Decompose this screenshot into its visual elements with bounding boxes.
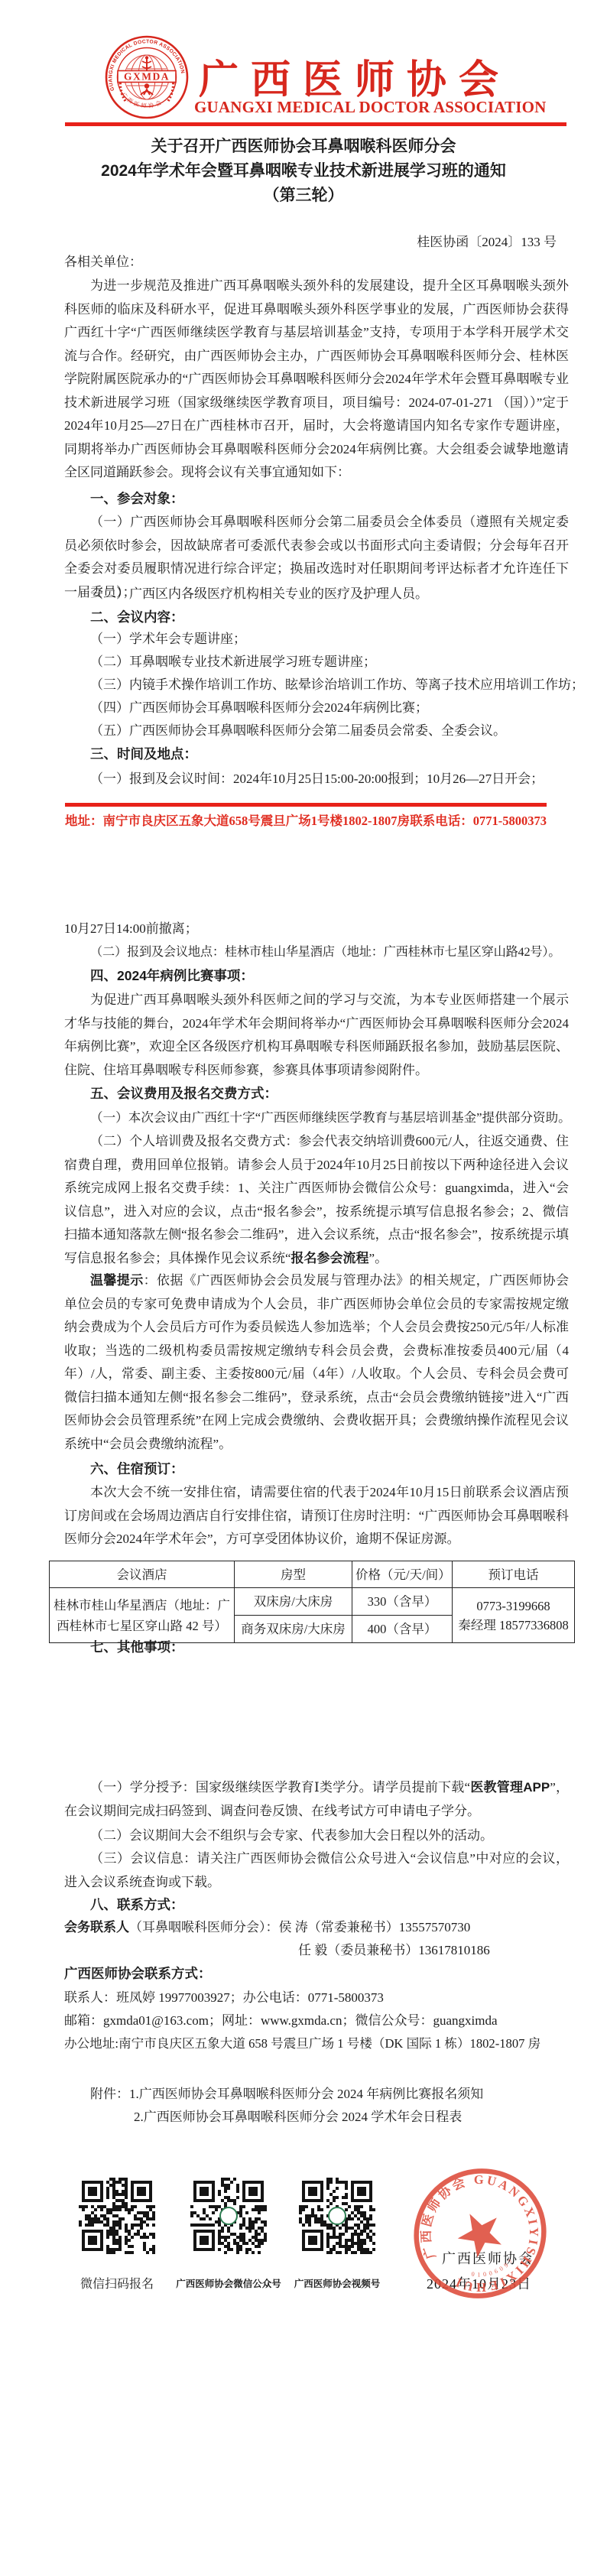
price-cell-1: 330（含早） bbox=[352, 1588, 453, 1616]
section5-item1: （一）本次会议由广西红十字“广西医师继续医学教育与基层培训基金”提供部分资助。 bbox=[90, 1106, 571, 1130]
association-contact-person: 联系人：班凤婷 19977003927；办公电话：0771-5800373 bbox=[64, 1986, 384, 2010]
section5-item2-text: （二）个人培训费及报名交费方式：参会代表交纳培训费600元/人，往返交通费、住宿… bbox=[64, 1134, 569, 1265]
section3-heading: 三、时间及地点： bbox=[90, 742, 197, 766]
other-item1-text: （一）学分授予：国家级继续医学教育Ⅰ类学分。请学员提前下载“ bbox=[90, 1780, 470, 1795]
other-item1: （一）学分授予：国家级继续医学教育Ⅰ类学分。请学员提前下载“医教管理APP”，在… bbox=[64, 1776, 569, 1823]
attachment-line1: 附件：1.广西医师协会耳鼻咽喉科医师分会 2024 年病例比赛报名须知 bbox=[90, 2083, 483, 2107]
room-type-cell-1: 双床房/大床房 bbox=[235, 1588, 352, 1616]
tip-paragraph: 温馨提示：依据《广西医师协会会员发展与管理办法》的相关规定，广西医师协会单位会员… bbox=[64, 1269, 569, 1456]
section5-item2-tail: ”。 bbox=[369, 1251, 388, 1265]
official-red-seal: 广西医师协会 GUANGXIYISHIXIEHUI 01006097 bbox=[407, 2161, 553, 2306]
salutation: 各相关单位： bbox=[64, 251, 142, 274]
qr-label-signup: 微信扫码报名 bbox=[66, 2274, 168, 2292]
qr-center-emblem-icon bbox=[219, 2207, 238, 2225]
section6-paragraph: 本次大会不统一安排住宿，请需要住宿的代表于2024年10月15日前联系会议酒店预… bbox=[64, 1481, 569, 1551]
section2-item2: （二）耳鼻咽喉专业技术新进展学习班专题讲座； bbox=[90, 651, 376, 674]
col-header-phone: 预订电话 bbox=[453, 1561, 575, 1588]
page-2: 10月27日14:00前撤离； （二）报到及会议地点：桂林市桂山华星酒店（地址：… bbox=[0, 859, 607, 1717]
page-3: （一）学分授予：国家级继续医学教育Ⅰ类学分。请学员提前下载“医教管理APP”，在… bbox=[0, 1717, 607, 2576]
association-contact-heading: 广西医师协会联系方式： bbox=[64, 1962, 212, 1986]
intro-paragraph: 为进一步规范及推进广西耳鼻咽喉头颈外科的发展建设，提升全区耳鼻咽喉头颈外科医师的… bbox=[64, 274, 569, 485]
association-email-web: 邮箱：gxmda01@163.com；网址：www.gxmda.cn；微信公众号… bbox=[64, 2009, 498, 2033]
section3-item1: （一）报到及会议时间：2024年10月25日15:00-20:00报到；10月2… bbox=[90, 768, 544, 791]
conference-contact-line2: 任 毅（委员兼秘书）13617810186 bbox=[298, 1939, 490, 1963]
section2-item3: （三）内镜手术操作培训工作坊、眩晕诊治培训工作坊、等离子技术应用培训工作坊； bbox=[90, 674, 584, 697]
section1-item2: （二）广西区内各级医疗机构相关专业的医疗及护理人员。 bbox=[64, 583, 569, 606]
booking-phone-cell: 0773-3199668 秦经理 18577336808 bbox=[453, 1588, 575, 1643]
col-header-hotel: 会议酒店 bbox=[50, 1561, 235, 1588]
section3-item2: （二）报到及会议地点：桂林市桂山华星酒店（地址：广西桂林市七星区穿山路42号）。 bbox=[90, 940, 560, 964]
qr-code-signup-image bbox=[79, 2178, 155, 2254]
seal-star-icon bbox=[450, 2204, 509, 2262]
signup-flow-bold: 报名参会流程 bbox=[291, 1251, 369, 1265]
association-emblem-logo: GXMDA GUANGXI MEDICAL DOCTOR ASSOCIATION… bbox=[105, 35, 189, 119]
section2-heading: 二、会议内容： bbox=[90, 606, 184, 629]
association-address: 办公地址:南宁市良庆区五象大道 658 号震旦广场 1 号楼（DK 国际 1 栋… bbox=[64, 2032, 540, 2056]
official-notice-document: GXMDA GUANGXI MEDICAL DOCTOR ASSOCIATION… bbox=[0, 0, 607, 2576]
emblem-banner-text: GXMDA bbox=[124, 71, 170, 83]
attachment-line2: 2.广西医师协会耳鼻咽喉科医师分会 2024 学术年会日程表 bbox=[134, 2106, 462, 2129]
section2-item4: （四）广西医师协会耳鼻咽喉科医师分会2024年病例比赛； bbox=[90, 697, 428, 720]
booking-manager-phone: 秦经理 18577336808 bbox=[456, 1616, 571, 1635]
section2-item5: （五）广西医师协会耳鼻咽喉科医师分会第二届委员会常委、全委会议。 bbox=[90, 720, 506, 743]
section6-heading: 六、住宿预订： bbox=[90, 1457, 184, 1481]
qr-code-wechat-official bbox=[190, 2178, 267, 2254]
qr-center-emblem-icon bbox=[328, 2207, 346, 2225]
tip-label: 温馨提示 bbox=[90, 1273, 144, 1288]
col-header-room-type: 房型 bbox=[235, 1561, 352, 1588]
conference-contact-detail: （耳鼻咽喉科医师分会）：侯 涛（常委兼秘书）13557570730 bbox=[129, 1920, 470, 1934]
section5-item2: （二）个人培训费及报名交费方式：参会代表交纳培训费600元/人，往返交通费、住宿… bbox=[64, 1130, 569, 1270]
qr-code-video-channel bbox=[299, 2178, 375, 2254]
section8-heading: 八、联系方式： bbox=[90, 1893, 184, 1917]
conference-contact-line: 会务联系人（耳鼻咽喉科医师分会）：侯 涛（常委兼秘书）13557570730 bbox=[64, 1916, 470, 1940]
notice-title-line3: （第三轮） bbox=[0, 184, 607, 208]
checkout-time-line: 10月27日14:00前撤离； bbox=[64, 918, 198, 941]
footer-contact-bar: 地址：南宁市良庆区五象大道658号震旦广场1号楼1802-1807房 联系电话：… bbox=[65, 810, 547, 829]
footer-phone: 联系电话：0771-5800373 bbox=[410, 810, 547, 829]
section5-heading: 五、会议费用及报名交费方式： bbox=[90, 1082, 278, 1106]
qr-code-signup bbox=[79, 2178, 155, 2254]
app-name-bold: 医教管理APP bbox=[470, 1780, 550, 1795]
hotel-table-row-1: 桂林市桂山华星酒店（地址：广西桂林市七星区穿山路 42 号） 双床房/大床房 3… bbox=[50, 1588, 575, 1616]
other-item3: （三）会议信息：请关注广西医师协会微信公众号进入“会议信息”中对应的会议，进入会… bbox=[64, 1847, 569, 1894]
section4-paragraph: 为促进广西耳鼻咽喉头颈外科医师之间的学习与交流，为本专业医师搭建一个展示才华与技… bbox=[64, 989, 569, 1082]
section7-heading: 七、其他事项： bbox=[90, 1636, 184, 1659]
section1-heading: 一、参会对象： bbox=[90, 487, 184, 511]
page-1: GXMDA GUANGXI MEDICAL DOCTOR ASSOCIATION… bbox=[0, 0, 607, 859]
section2-item1: （一）学术年会专题讲座； bbox=[90, 628, 246, 651]
room-type-cell-2: 商务双床房/大床房 bbox=[235, 1616, 352, 1643]
header-divider-rule bbox=[65, 122, 566, 126]
org-name-chinese: 广西医师协会 bbox=[199, 47, 511, 105]
col-header-price: 价格（元/天/间） bbox=[352, 1561, 453, 1588]
conference-contact-label: 会务联系人 bbox=[64, 1920, 129, 1934]
section4-heading: 四、2024年病例比赛事项： bbox=[90, 964, 254, 988]
notice-title-line1: 关于召开广西医师协会耳鼻咽喉科医师分会 bbox=[0, 135, 607, 159]
price-cell-2: 400（含早） bbox=[352, 1616, 453, 1643]
booking-phone-number: 0773-3199668 bbox=[456, 1597, 571, 1616]
qr-label-wechat: 广西医师协会微信公众号 bbox=[167, 2276, 290, 2290]
qr-label-video: 广西医师协会视频号 bbox=[284, 2276, 391, 2290]
org-name-english: GUANGXI MEDICAL DOCTOR ASSOCIATION bbox=[194, 98, 511, 117]
other-item2: （二）会议期间大会不组织与会专家、代表参加大会日程以外的活动。 bbox=[90, 1824, 493, 1848]
footer-address: 地址：南宁市良庆区五象大道658号震旦广场1号楼1802-1807房 bbox=[65, 810, 410, 829]
notice-title-line2: 2024年学术年会暨耳鼻咽喉专业技术新进展学习班的通知 bbox=[0, 159, 607, 184]
hotel-table-header-row: 会议酒店 房型 价格（元/天/间） 预订电话 bbox=[50, 1561, 575, 1588]
footer-rule bbox=[65, 803, 547, 807]
hotel-name-cell: 桂林市桂山华星酒店（地址：广西桂林市七星区穿山路 42 号） bbox=[50, 1588, 235, 1643]
tip-body: ：依据《广西医师协会会员发展与管理办法》的相关规定，广西医师协会单位会员的专家可… bbox=[64, 1273, 569, 1451]
hotel-table: 会议酒店 房型 价格（元/天/间） 预订电话 桂林市桂山华星酒店（地址：广西桂林… bbox=[49, 1561, 575, 1643]
